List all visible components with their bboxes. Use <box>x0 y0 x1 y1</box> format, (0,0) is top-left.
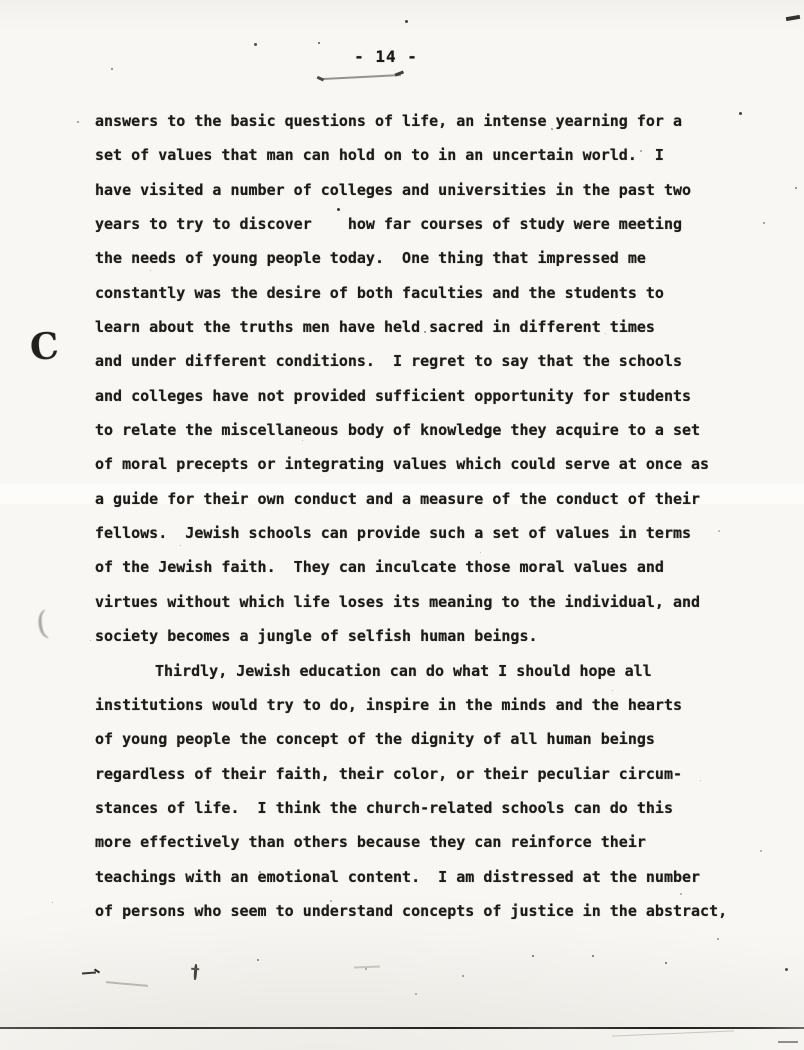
typed-line: constantly was the desire of both facult… <box>95 276 775 310</box>
scan-speck <box>462 975 464 977</box>
typed-line: teachings with an emotional content. I a… <box>95 860 775 894</box>
scan-speck <box>760 850 762 852</box>
scan-speck <box>739 112 742 115</box>
typed-text-block: answers to the basic questions of life, … <box>95 104 775 928</box>
typed-line: of young people the concept of the digni… <box>95 722 775 756</box>
scan-speck <box>763 222 765 224</box>
scan-speck <box>90 640 91 641</box>
scan-speck <box>640 150 642 152</box>
scan-speck <box>77 121 79 123</box>
scan-speck <box>700 780 701 781</box>
scan-speck <box>111 68 113 70</box>
typed-line: and colleges have not provided sufficien… <box>95 379 775 413</box>
typed-line: the needs of young people today. One thi… <box>95 241 775 275</box>
scan-speck <box>592 955 594 957</box>
typed-line-paragraph-start: Thirdly, Jewish education can do what I … <box>95 654 775 688</box>
scan-speck <box>532 955 534 957</box>
typed-line: to relate the miscellaneous body of know… <box>95 413 775 447</box>
faint-edge-dash <box>778 1041 798 1043</box>
scan-speck <box>337 208 340 211</box>
scan-speck <box>785 968 788 971</box>
scan-speck <box>254 43 257 46</box>
scan-fold-line <box>0 1027 804 1029</box>
typed-line: and under different conditions. I regret… <box>95 344 775 378</box>
typed-line: society becomes a jungle of selfish huma… <box>95 619 775 653</box>
typed-line: of persons who seem to understand concep… <box>95 894 775 928</box>
typed-line: stances of life. I think the church-rela… <box>95 791 775 825</box>
scan-speck <box>405 20 408 23</box>
typed-line: of the Jewish faith. They can inculcate … <box>95 550 775 584</box>
scan-speck <box>52 902 53 903</box>
top-right-ink-dash <box>786 15 800 21</box>
typed-line: set of values that man can hold on to in… <box>95 138 775 172</box>
typed-line: more effectively than others because the… <box>95 825 775 859</box>
faint-scratch-line <box>612 1030 734 1036</box>
typed-line: years to try to discover how far courses… <box>95 207 775 241</box>
page-number: - 14 - <box>340 47 432 66</box>
scan-speck <box>718 530 720 532</box>
typed-line: a guide for their own conduct and a meas… <box>95 482 775 516</box>
typed-line: answers to the basic questions of life, … <box>95 104 775 138</box>
bottom-margin-ink-mark <box>82 969 100 977</box>
scanned-document-page: - 14 - answers to the basic questions of… <box>0 0 804 1050</box>
scan-speck <box>605 333 606 334</box>
scan-speck <box>415 993 417 995</box>
scan-speck <box>612 690 613 691</box>
typed-line: fellows. Jewish schools can provide such… <box>95 516 775 550</box>
scan-speck <box>680 893 682 895</box>
scan-speck <box>257 959 259 961</box>
scratch-mark <box>323 74 401 84</box>
scan-speck <box>318 42 320 44</box>
scan-speck <box>717 938 719 940</box>
scan-speck <box>302 440 303 441</box>
typed-line: learn about the truths men have held sac… <box>95 310 775 344</box>
scan-speck <box>180 545 181 546</box>
typed-line: virtues without which life loses its mea… <box>95 585 775 619</box>
scan-speck <box>480 552 481 553</box>
scan-speck <box>551 128 553 130</box>
scan-speck <box>330 900 332 902</box>
typed-line: have visited a number of colleges and un… <box>95 173 775 207</box>
scan-shading-band <box>0 930 804 1028</box>
scan-speck <box>259 871 261 873</box>
typed-line: regardless of their faith, their color, … <box>95 757 775 791</box>
typed-line: institutions would try to do, inspire in… <box>95 688 775 722</box>
scan-speck <box>795 187 797 189</box>
scan-speck <box>365 968 367 970</box>
handwritten-margin-mark-c: C <box>29 325 61 369</box>
scan-speck <box>424 331 426 333</box>
faint-margin-mark-paren: ( <box>34 603 51 642</box>
scan-speck <box>665 962 667 964</box>
typed-line: of moral precepts or integrating values … <box>95 447 775 481</box>
scan-speck <box>150 270 151 271</box>
